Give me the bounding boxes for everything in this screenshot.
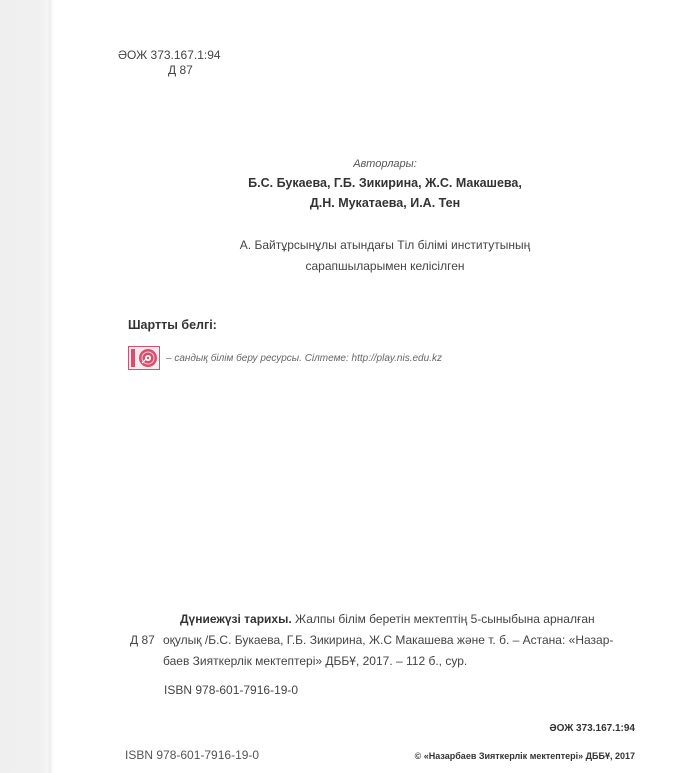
biblio-author-mark: Д 87 xyxy=(130,630,155,651)
bibliographic-record: Д 87 Дүниежүзі тарихы. Жалпы білім берет… xyxy=(130,609,640,672)
footer-isbn: ISBN 978-601-7916-19-0 xyxy=(125,748,259,762)
udc-code: ӘОЖ 373.167.1:94 xyxy=(118,48,221,62)
authors-line-1: Б.С. Букаева, Г.Б. Зикирина, Ж.С. Макаше… xyxy=(200,173,570,193)
legend-text: – сандық білім беру ресурсы. Сілтеме: ht… xyxy=(166,353,442,364)
authors-block: Авторлары: Б.С. Букаева, Г.Б. Зикирина, … xyxy=(200,157,570,213)
biblio-line-3: баев Зияткерлік мектептері» ДББҰ, 2017. … xyxy=(163,651,640,672)
approval-note: А. Байтұрсынұлы атындағы Тіл білімі инст… xyxy=(200,235,570,277)
authors-line-2: Д.Н. Мукатаева, И.А. Тен xyxy=(200,193,570,213)
authors-names: Б.С. Букаева, Г.Б. Зикирина, Ж.С. Макаше… xyxy=(200,173,570,213)
digital-resource-disc-icon xyxy=(128,346,160,370)
authors-label: Авторлары: xyxy=(200,157,570,172)
copyright-notice: © «Назарбаев Зияткерлік мектептері» ДББҰ… xyxy=(415,751,635,761)
page-binding-gutter xyxy=(0,0,54,773)
udc-classification-bottom: ӘОЖ 373.167.1:94 xyxy=(549,723,635,734)
book-title: Дүниежүзі тарихы. xyxy=(180,612,292,626)
legend-row: – сандық білім беру ресурсы. Сілтеме: ht… xyxy=(128,346,442,370)
biblio-line-1: Дүниежүзі тарихы. Жалпы білім беретін ме… xyxy=(163,609,640,630)
approval-line-2: сарапшыларымен келісілген xyxy=(200,256,570,277)
udc-classification-top: ӘОЖ 373.167.1:94 Д 87 xyxy=(118,48,221,78)
legend-title: Шартты белгі: xyxy=(128,318,217,332)
approval-line-1: А. Байтұрсынұлы атындағы Тіл білімі инст… xyxy=(200,235,570,256)
biblio-line-2: оқулық /Б.С. Букаева, Г.Б. Зикирина, Ж.С… xyxy=(163,630,640,651)
author-mark: Д 87 xyxy=(118,63,221,78)
biblio-isbn: ISBN 978-601-7916-19-0 xyxy=(164,683,298,697)
biblio-line-1-rest: Жалпы білім беретін мектептің 5-сыныбына… xyxy=(292,612,595,626)
